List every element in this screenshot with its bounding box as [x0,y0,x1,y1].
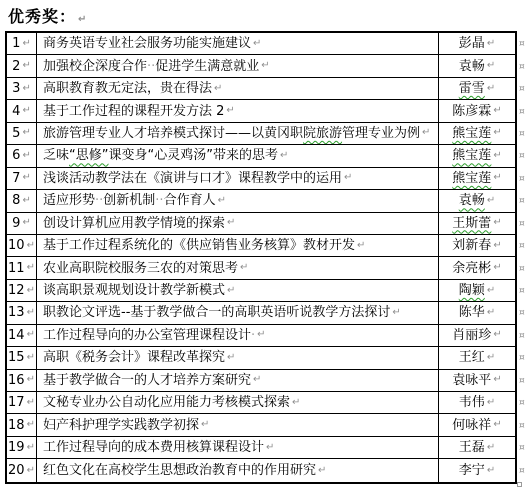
paragraph-mark-icon: ↵ [218,196,226,206]
paragraph-mark-icon: ↵ [493,263,501,273]
paragraph-mark-icon: ↵ [487,196,495,206]
paragraph-mark-icon: ↵ [240,263,248,273]
author-name: 熊宝莲 [452,172,491,185]
paper-title-segment: 管理专业为例 [342,127,420,140]
paper-title-segment: 适应形势 [43,194,95,207]
paper-title-cell[interactable]: 文秘专业办公自动化应用能力考核模式探索↵ [37,392,439,413]
paragraph-mark-icon: ↵ [487,61,495,71]
table-row: 13↵职教论文评选--基于教学做合一的高职英语听说教学方法探讨↵陈华↵ [7,302,515,324]
row-end-mark-icon: ¤ [519,280,525,302]
table-row: 20↵红色文化在高校学生思想政治教育中的作用研究↵李宁↵ [7,459,515,481]
row-end-mark-icon: ¤ [519,257,525,279]
paper-title-segment: 工作过程导向的成本费用核算课程设计 [43,441,264,454]
paper-title-segment: 创设计算机应用教学情境的探索 [43,217,225,230]
author-cell[interactable]: 王磊↵ [439,437,515,458]
paragraph-mark-icon: ↵ [493,106,501,116]
paper-title-segment: 基于工作过程的课程开发方法 2 [43,105,224,118]
paragraph-mark-icon: ↵ [78,14,87,25]
row-number-cell[interactable]: 11↵ [7,257,37,278]
paragraph-mark-icon: ↵ [22,39,30,49]
row-end-mark-icon: ¤ [519,392,525,414]
paper-title-cell[interactable]: 旅游管理专业人才培养模式探讨——以黄冈职院旅游管理专业为例↵ [37,123,439,144]
paper-title-segment: 高职《税务会计》课程改革探究 [43,351,225,364]
row-number: 6 [12,149,20,162]
space-mark-icon: ·· [147,60,155,73]
row-number: 3 [12,82,20,95]
row-number: 5 [12,127,20,140]
document-end-mark-icon [517,482,522,487]
table-row: 5↵旅游管理专业人才培养模式探讨——以黄冈职院旅游管理专业为例↵熊宝莲↵ [7,123,515,145]
paragraph-mark-icon: ↵ [22,173,30,183]
space-mark-icon: · [251,329,255,342]
table-row: 17↵文秘专业办公自动化应用能力考核模式探索↵韦伟↵ [7,392,515,414]
table-row: 6↵乏味“思修”课变身“心灵鸡汤”带来的思考↵熊宝莲↵ [7,145,515,167]
row-number: 17 [8,396,25,409]
author-name: 袁畅 [459,194,485,207]
author-cell[interactable]: 陶颖↵ [439,280,515,301]
paper-title-cell[interactable]: 商务英语专业社会服务功能实施建议↵ [37,33,439,54]
author-cell[interactable]: 王斯蕾↵ [439,213,515,234]
row-number-cell[interactable]: 7↵ [7,168,37,189]
author-name: 肖丽珍 [452,329,491,342]
author-name: 余亮彬 [452,262,491,275]
paragraph-mark-icon: ↵ [487,286,495,296]
paragraph-mark-icon: ↵ [22,151,30,161]
paragraph-mark-icon: ↵ [493,420,501,430]
author-name: 袁畅 [459,60,485,73]
row-number: 15 [8,351,25,364]
section-title[interactable]: 优秀奖：↵ [8,4,87,27]
author-cell[interactable]: 韦伟↵ [439,392,515,413]
author-name: 王磊 [459,441,485,454]
paragraph-mark-icon: ↵ [487,353,495,363]
author-name: 熊宝莲 [452,149,491,162]
author-cell[interactable]: 余亮彬↵ [439,257,515,278]
author-cell[interactable]: 王红↵ [439,347,515,368]
author-name: 陈彦霖 [452,105,491,118]
paragraph-mark-icon: ↵ [22,84,30,94]
author-cell[interactable]: 肖丽珍↵ [439,325,515,346]
row-number: 4 [12,105,20,118]
author-cell[interactable]: 刘新春↵ [439,235,515,256]
paper-title-cell[interactable]: 基于工作过程系统化的《供应销售业务核算》教材开发↵ [37,235,439,256]
paragraph-mark-icon: ↵ [261,61,269,71]
paragraph-mark-icon: ↵ [27,263,35,273]
paper-title-cell[interactable]: 基于教学做合一的人才培养方案研究↵ [37,370,439,391]
row-end-mark-icon: ¤ [519,33,525,55]
row-number-cell[interactable]: 14↵ [7,325,37,346]
table-row: 19↵工作过程导向的成本费用核算课程设计↵王磊↵ [7,437,515,459]
paper-title-segment-squiggle: 院旅游 [303,127,342,140]
paragraph-mark-icon: ↵ [422,128,430,138]
paper-title-segment: 乏味 [43,149,69,162]
row-number-cell[interactable]: 19↵ [7,437,37,458]
paragraph-mark-icon: ↵ [22,128,30,138]
row-number: 14 [8,329,25,342]
paragraph-mark-icon: ↵ [27,443,35,453]
space-mark-icon: ·· [95,194,103,207]
row-number: 12 [8,284,25,297]
paper-title-segment: 加强校企深度合作 [43,60,147,73]
paper-title-segment: 浅谈活动教学法在《演讲与口才》课程教学中的运用 [43,172,342,185]
row-end-mark-icon: ¤ [519,414,525,436]
author-cell[interactable]: 李宁↵ [439,459,515,481]
paper-title-segment-squiggle: “思修” [69,149,108,162]
author-name: 熊宝莲 [452,127,491,140]
paper-title-segment: 高职教育教无定法，贵在得法 [43,82,212,95]
paper-title-segment: 创新机制 [103,194,155,207]
paragraph-mark-icon: ↵ [227,353,235,363]
paragraph-mark-icon: ↵ [27,420,35,430]
row-number-cell[interactable]: 6↵ [7,145,37,166]
paragraph-mark-icon: ↵ [22,61,30,71]
paper-title-segment: 商务英语专业社会服务功能实施建议 [43,37,251,50]
paper-title-segment: 基于工作过程系统化的《供应销售业务核算》教材开发 [43,239,355,252]
author-cell[interactable]: 袁畅↵ [439,190,515,211]
paragraph-mark-icon: ↵ [27,286,35,296]
paragraph-mark-icon: ↵ [227,218,235,228]
author-cell[interactable]: 陈华↵ [439,302,515,323]
table-row: 2↵加强校企深度合作··促进学生满意就业↵袁畅↵ [7,55,515,77]
author-cell[interactable]: 熊宝莲↵ [439,145,515,166]
author-name: 刘新春 [452,239,491,252]
row-number-cell[interactable]: 15↵ [7,347,37,368]
table-row: 7↵浅谈活动教学法在《演讲与口才》课程教学中的运用↵熊宝莲↵ [7,168,515,190]
author-name: 雷雪 [459,82,485,95]
row-end-mark-icon: ¤ [519,325,525,347]
row-number-cell[interactable]: 13↵ [7,302,37,323]
row-number: 20 [8,464,25,477]
author-cell[interactable]: 彭晶↵ [439,33,515,54]
paper-title-segment: 合作育人 [164,194,216,207]
author-cell[interactable]: 雷雪↵ [439,78,515,99]
row-number-cell[interactable]: 18↵ [7,414,37,435]
paper-title-segment: 红色文化在高校学生思想政治教育中的作用研究 [43,464,316,477]
author-cell[interactable]: 袁咏平↵ [439,370,515,391]
paragraph-mark-icon: ↵ [292,398,300,408]
row-end-mark-icon: ¤ [519,145,525,167]
row-number: 9 [12,217,20,230]
row-number-cell[interactable]: 16↵ [7,370,37,391]
row-number: 13 [8,306,25,319]
table-row: 11↵农业高职院校服务三农的对策思考↵余亮彬↵ [7,257,515,279]
paper-title-cell[interactable]: 职教论文评选--基于教学做合一的高职英语听说教学方法探讨↵ [37,302,439,323]
row-number-cell[interactable]: 3↵ [7,78,37,99]
paper-title-segment: 基于教学做合一的人才培养方案研究 [43,374,251,387]
row-end-mark-icon: ¤ [519,370,525,392]
paper-title-cell[interactable]: 妇产科护理学实践教学初探↵ [37,414,439,435]
paper-title-segment: 工作过程导向的办公室管理课程设计 [43,329,251,342]
paragraph-mark-icon: ↵ [27,330,35,340]
paper-title-cell[interactable]: 高职《税务会计》课程改革探究↵ [37,347,439,368]
paragraph-mark-icon: ↵ [253,375,261,385]
author-name: 何咏祥 [452,419,491,432]
paragraph-mark-icon: ↵ [22,218,30,228]
row-number-cell[interactable]: 2↵ [7,55,37,76]
paragraph-mark-icon: ↵ [22,196,30,206]
paper-title-cell[interactable]: 工作过程导向的成本费用核算课程设计↵ [37,437,439,458]
paragraph-mark-icon: ↵ [493,173,501,183]
paper-title-segment: 农业高职院校服务三农的对策思考 [43,262,238,275]
row-number-cell[interactable]: 17↵ [7,392,37,413]
paragraph-mark-icon: ↵ [27,466,35,476]
paper-title-segment: 课变身“心灵鸡汤”带来的思考 [109,149,278,162]
paragraph-mark-icon: ↵ [201,420,209,430]
paper-title-segment: 促进学生满意就业 [155,60,259,73]
row-end-marks-column: ¤¤¤¤¤¤¤¤¤¤¤¤¤¤¤¤¤¤¤¤ [519,33,525,482]
author-name: 陈华 [459,306,485,319]
paragraph-mark-icon: ↵ [227,286,235,296]
paragraph-mark-icon: ↵ [27,375,35,385]
row-number-cell[interactable]: 4↵ [7,100,37,121]
author-cell[interactable]: 何咏祥↵ [439,414,515,435]
author-name: 陶颖 [459,284,485,297]
paragraph-mark-icon: ↵ [487,39,495,49]
paper-title-cell[interactable]: 加强校企深度合作··促进学生满意就业↵ [37,55,439,76]
author-cell[interactable]: 陈彦霖↵ [439,100,515,121]
space-mark-icon: ·· [155,194,163,207]
author-name: 彭晶 [459,37,485,50]
paper-title-segment: 妇产科护理学实践教学初探 [43,419,199,432]
paragraph-mark-icon: ↵ [487,443,495,453]
row-end-mark-icon: ¤ [519,123,525,145]
row-number: 1 [12,37,20,50]
paragraph-mark-icon: ↵ [257,330,265,340]
author-cell[interactable]: 袁畅↵ [439,55,515,76]
paper-title-cell[interactable]: 红色文化在高校学生思想政治教育中的作用研究↵ [37,459,439,481]
awards-table: 1↵商务英语专业社会服务功能实施建议↵彭晶↵2↵加强校企深度合作··促进学生满意… [5,31,517,484]
row-number: 2 [12,60,20,73]
row-number: 10 [8,239,25,252]
author-name: 李宁 [459,464,485,477]
paragraph-mark-icon: ↵ [493,128,501,138]
table-row: 15↵高职《税务会计》课程改革探究↵王红↵ [7,347,515,369]
author-name: 王红 [459,351,485,364]
paragraph-mark-icon: ↵ [280,151,288,161]
paragraph-mark-icon: ↵ [253,39,261,49]
paper-title-segment: 谈高职景观规划设计教学新模式 [43,284,225,297]
table-row: 12↵谈高职景观规划设计教学新模式↵陶颖↵ [7,280,515,302]
paragraph-mark-icon: ↵ [487,398,495,408]
paragraph-mark-icon: ↵ [493,375,501,385]
paragraph-mark-icon: ↵ [266,443,274,453]
row-end-mark-icon: ¤ [519,78,525,100]
paragraph-mark-icon: ↵ [226,106,234,116]
paragraph-mark-icon: ↵ [487,84,495,94]
row-end-mark-icon: ¤ [519,459,525,481]
row-end-mark-icon: ¤ [519,213,525,235]
section-title-text: 优秀奖： [8,7,76,26]
paper-title-cell[interactable]: 工作过程导向的办公室管理课程设计 ·↵ [37,325,439,346]
author-cell[interactable]: 熊宝莲↵ [439,123,515,144]
author-name: 王斯蕾 [452,217,491,230]
row-number: 16 [8,374,25,387]
paper-title-segment: 职教论文评选--基于教学做合一的高职英语听说教学方法探讨 [43,306,390,319]
paragraph-mark-icon: ↵ [493,151,501,161]
paper-title-cell[interactable]: 创设计算机应用教学情境的探索↵ [37,213,439,234]
paper-title-cell[interactable]: 浅谈活动教学法在《演讲与口才》课程教学中的运用↵ [37,168,439,189]
row-end-mark-icon: ¤ [519,190,525,212]
row-number-cell[interactable]: 1↵ [7,33,37,54]
author-cell[interactable]: 熊宝莲↵ [439,168,515,189]
row-end-mark-icon: ¤ [519,235,525,257]
row-number: 19 [8,441,25,454]
table-row: 14↵工作过程导向的办公室管理课程设计 ·↵肖丽珍↵ [7,325,515,347]
row-number-cell[interactable]: 9↵ [7,213,37,234]
table-row: 4↵基于工作过程的课程开发方法 2↵陈彦霖↵ [7,100,515,122]
paper-title-cell[interactable]: 乏味“思修”课变身“心灵鸡汤”带来的思考↵ [37,145,439,166]
table-row: 1↵商务英语专业社会服务功能实施建议↵彭晶↵ [7,33,515,55]
author-name: 韦伟 [459,396,485,409]
paragraph-mark-icon: ↵ [493,330,501,340]
row-number-cell[interactable]: 8↵ [7,190,37,211]
table-row: 8↵适应形势··创新机制··合作育人↵袁畅↵ [7,190,515,212]
paragraph-mark-icon: ↵ [22,106,30,116]
row-end-mark-icon: ¤ [519,55,525,77]
paper-title-cell[interactable]: 适应形势··创新机制··合作育人↵ [37,190,439,211]
paper-title-cell[interactable]: 谈高职景观规划设计教学新模式↵ [37,280,439,301]
paragraph-mark-icon: ↵ [27,241,35,251]
table-row: 10↵基于工作过程系统化的《供应销售业务核算》教材开发↵刘新春↵ [7,235,515,257]
row-number-cell[interactable]: 20↵ [7,459,37,481]
table-row: 16↵基于教学做合一的人才培养方案研究↵袁咏平↵ [7,370,515,392]
row-number: 11 [8,262,25,275]
paragraph-mark-icon: ↵ [392,308,400,318]
row-number-cell[interactable]: 5↵ [7,123,37,144]
table-row: 9↵创设计算机应用教学情境的探索↵王斯蕾↵ [7,213,515,235]
paragraph-mark-icon: ↵ [318,466,326,476]
paper-title-cell[interactable]: 农业高职院校服务三农的对策思考↵ [37,257,439,278]
row-number-cell[interactable]: 12↵ [7,280,37,301]
paragraph-mark-icon: ↵ [487,308,495,318]
paragraph-mark-icon: ↵ [487,466,495,476]
row-end-mark-icon: ¤ [519,347,525,369]
paragraph-mark-icon: ↵ [214,84,222,94]
paper-title-cell[interactable]: 高职教育教无定法，贵在得法↵ [37,78,439,99]
paragraph-mark-icon: ↵ [493,241,501,251]
paper-title-cell[interactable]: 基于工作过程的课程开发方法 2↵ [37,100,439,121]
table-row: 3↵高职教育教无定法，贵在得法↵雷雪↵ [7,78,515,100]
table-row: 18↵妇产科护理学实践教学初探↵何咏祥↵ [7,414,515,436]
row-end-mark-icon: ¤ [519,168,525,190]
row-end-mark-icon: ¤ [519,437,525,459]
row-number: 8 [12,194,20,207]
row-number: 18 [8,419,25,432]
row-number-cell[interactable]: 10↵ [7,235,37,256]
paper-title-segment: 旅游管理专业人才培养模式探讨——以黄冈职 [43,127,303,140]
row-end-mark-icon: ¤ [519,100,525,122]
row-number: 7 [12,172,20,185]
paper-title-segment: 文秘专业办公自动化应用能力考核模式探索 [43,396,290,409]
paragraph-mark-icon: ↵ [344,173,352,183]
paragraph-mark-icon: ↵ [493,218,501,228]
row-end-mark-icon: ¤ [519,302,525,324]
paragraph-mark-icon: ↵ [27,353,35,363]
paragraph-mark-icon: ↵ [27,398,35,408]
paragraph-mark-icon: ↵ [357,241,365,251]
author-name: 袁咏平 [452,374,491,387]
paragraph-mark-icon: ↵ [27,308,35,318]
